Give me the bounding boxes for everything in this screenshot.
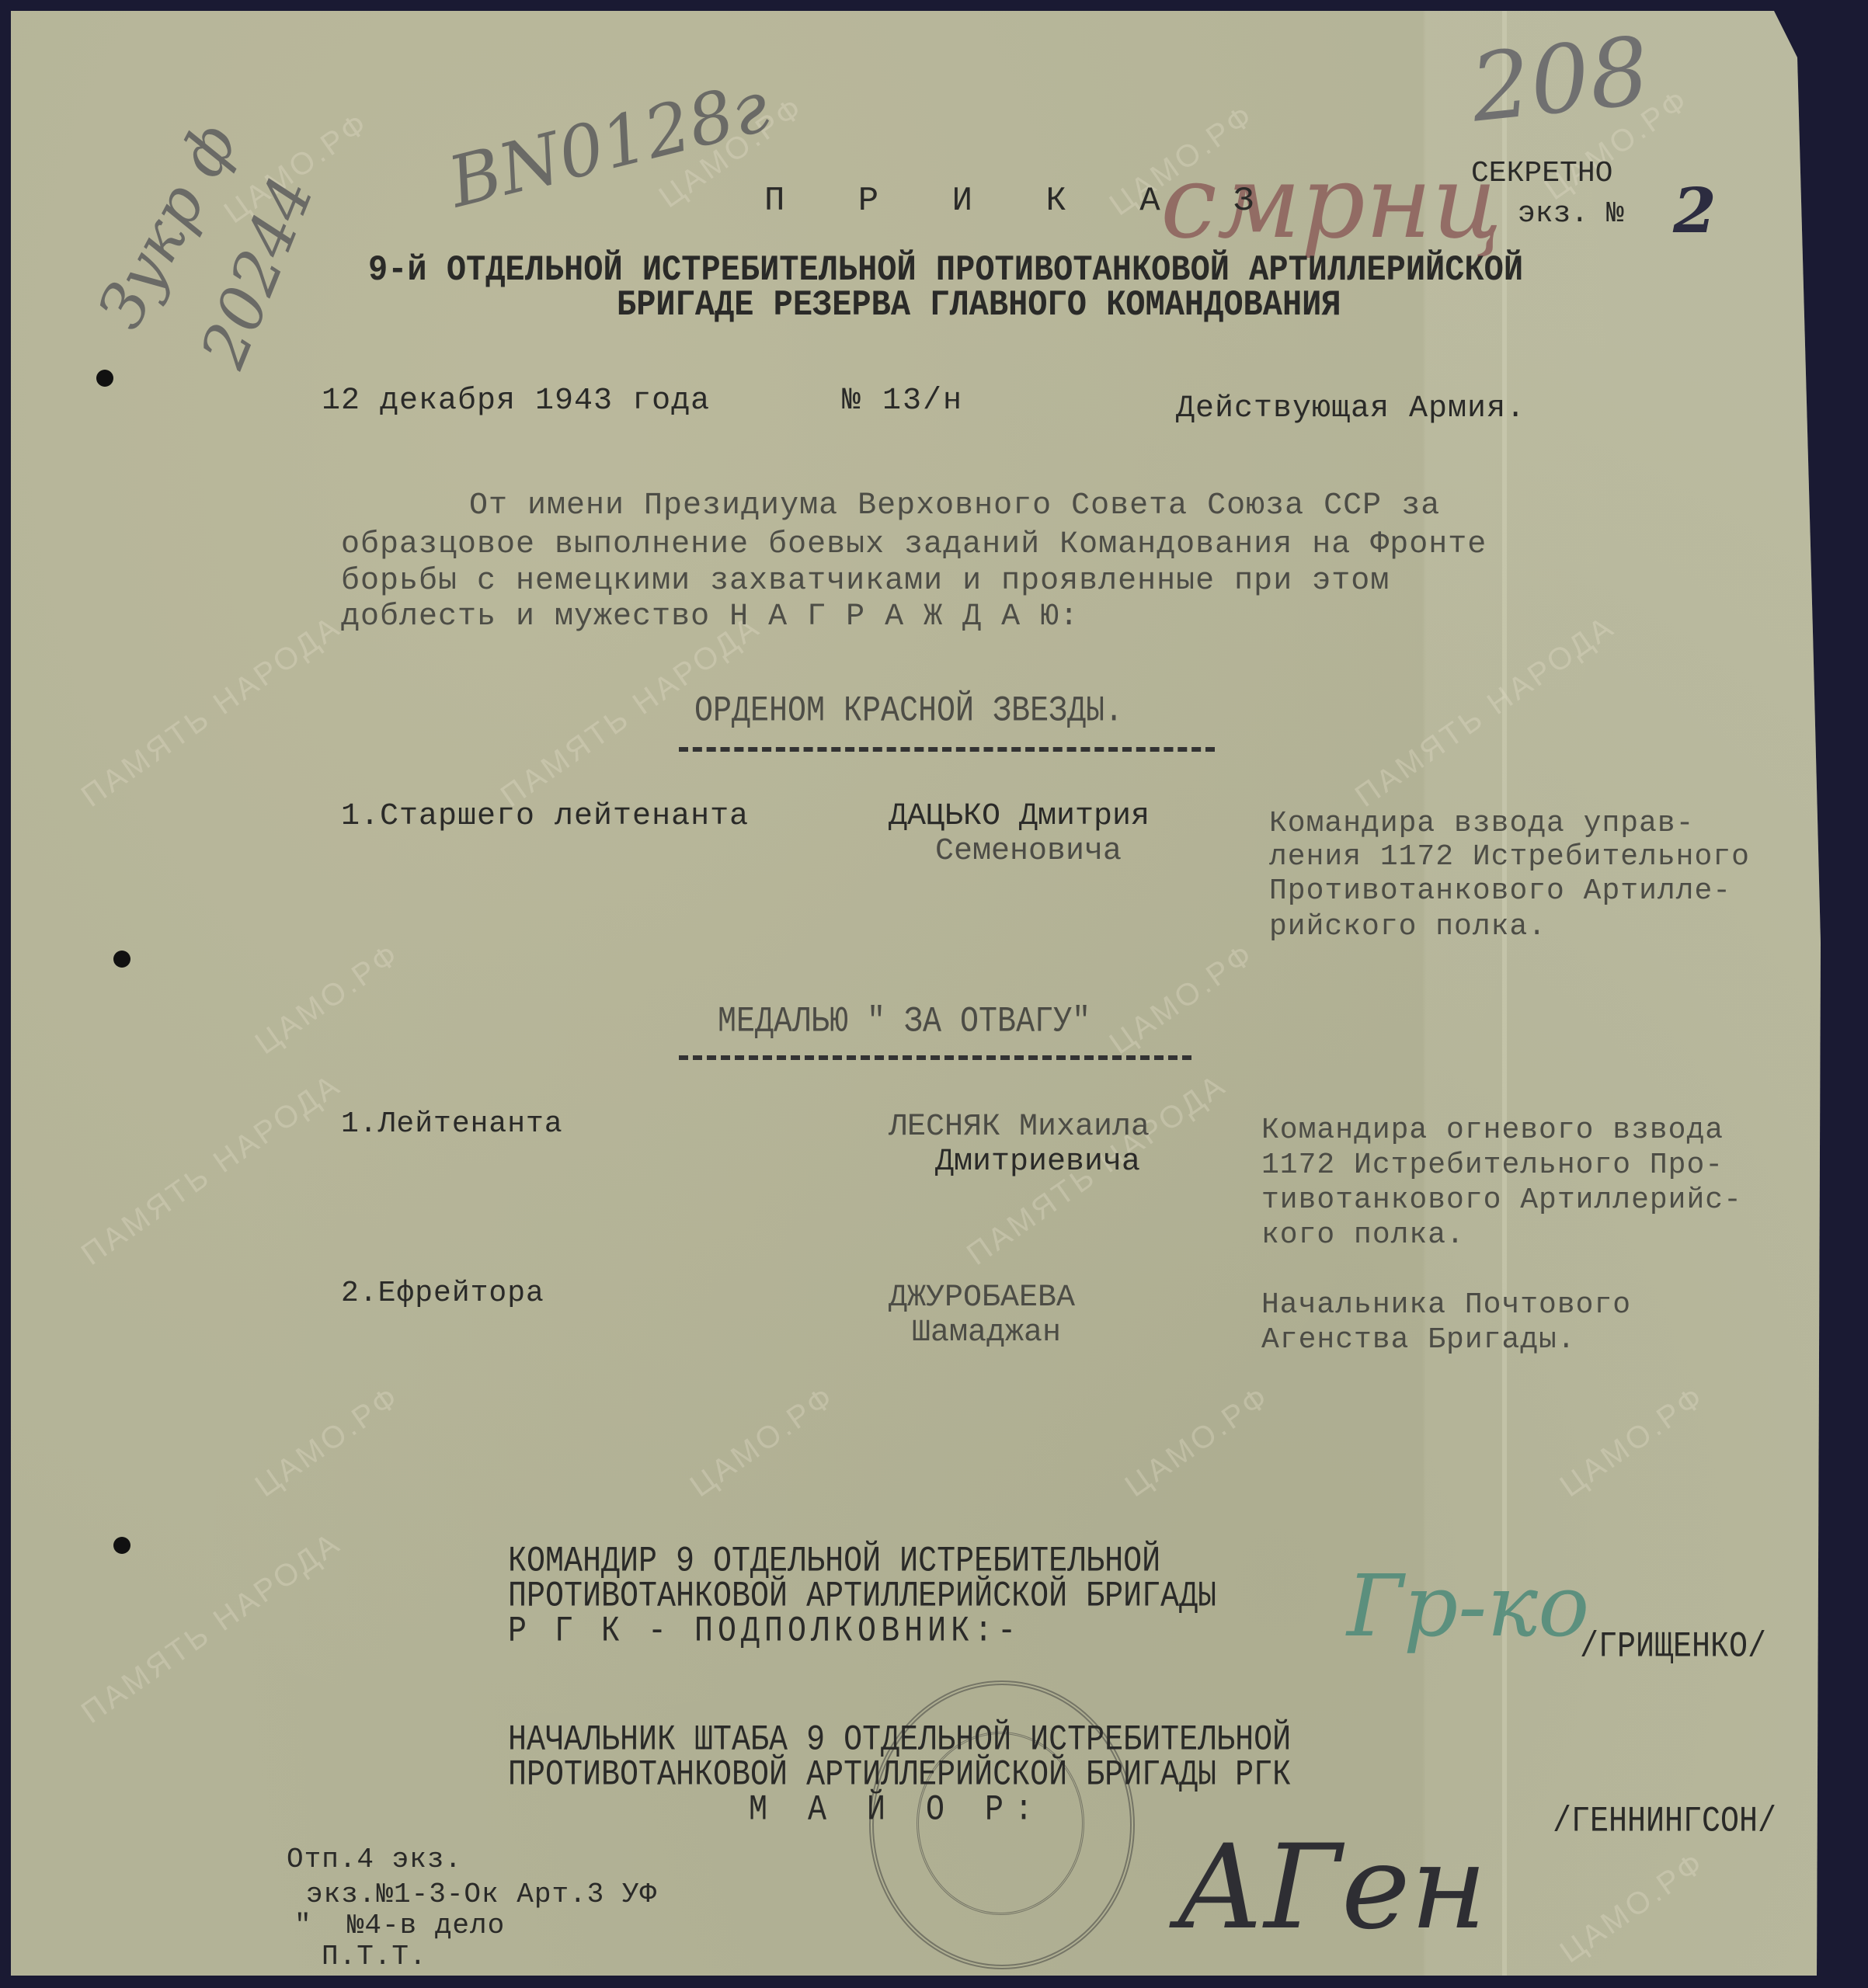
- distribution-line: П.Т.Т.: [322, 1941, 427, 1972]
- chief-title: М А Й О Р:: [749, 1791, 1044, 1831]
- chief-title: НАЧАЛЬНИК ШТАБА 9 ОТДЕЛЬНОЙ ИСТРЕБИТЕЛЬН…: [508, 1721, 1291, 1761]
- commander-signature: Гр-ко: [1347, 1556, 1589, 1656]
- entry-name: Семеновича: [935, 834, 1122, 869]
- entry-position: Командира огневого взвода: [1261, 1114, 1724, 1147]
- commander-name: /ГРИЩЕНКО/: [1580, 1628, 1766, 1668]
- watermark: ПАМЯТЬ НАРОДА: [1349, 609, 1622, 814]
- entry-position: рийского полка.: [1269, 910, 1546, 944]
- watermark: ЦАМО.РФ: [1104, 937, 1261, 1062]
- document-page: ЦАМО.РФ ЦАМО.РФ ЦАМО.РФ ЦАМО.РФ ПАМЯТЬ Н…: [11, 11, 1821, 1976]
- preamble-line: От имени Президиума Верховного Совета Со…: [469, 488, 1440, 523]
- entry-name: Дмитриевича: [935, 1145, 1140, 1180]
- copy-label: экз. №: [1518, 197, 1624, 231]
- watermark: ПАМЯТЬ НАРОДА: [75, 609, 348, 814]
- handwritten-note: BN0128г: [441, 66, 777, 224]
- watermark: ПАМЯТЬ НАРОДА: [75, 1067, 348, 1272]
- entry-name: ДАЦЬКО Дмитрия: [889, 799, 1150, 834]
- entry-rank: 1.Старшего лейтенанта: [341, 799, 749, 834]
- preamble-line: борьбы с немецкими захватчиками и проявл…: [341, 564, 1390, 599]
- doc-title: П Р И К А З: [764, 182, 1280, 221]
- divider: [679, 1055, 1191, 1060]
- punch-hole: [113, 1537, 130, 1554]
- entry-name: ДЖУРОБАЕВА: [889, 1281, 1075, 1315]
- commander-title: Р Г К - ПОДПОЛКОВНИК:-: [508, 1612, 1021, 1653]
- watermark: ЦАМО.РФ: [249, 937, 407, 1062]
- location: Действующая Армия.: [1176, 391, 1525, 426]
- watermark: ЦАМО.РФ: [249, 1379, 407, 1504]
- entry-position: Командира взвода управ-: [1269, 807, 1695, 840]
- classification: СЕКРЕТНО: [1471, 157, 1612, 190]
- entry-position: 1172 Истребительного Про-: [1261, 1149, 1724, 1182]
- chief-title: ПРОТИВОТАНКОВОЙ АРТИЛЛЕРИЙСКОЙ БРИГАДЫ Р…: [508, 1756, 1291, 1796]
- punch-hole: [96, 370, 113, 387]
- watermark: ЦАМО.РФ: [1554, 1845, 1712, 1970]
- distribution-line: экз.№1-3-Ок Арт.3 УФ: [306, 1879, 657, 1910]
- entry-name: Шамаджан: [912, 1315, 1061, 1350]
- entry-position: Агенства Бригады.: [1261, 1323, 1576, 1357]
- divider: [679, 747, 1215, 752]
- entry-position: Противотанкового Артилле-: [1269, 874, 1731, 908]
- distribution-line: Отп.4 экз.: [287, 1844, 462, 1875]
- commander-title: КОМАНДИР 9 ОТДЕЛЬНОЙ ИСТРЕБИТЕЛЬНОЙ: [508, 1542, 1160, 1583]
- entry-position: тивотанкового Артиллерийс-: [1261, 1183, 1742, 1217]
- entry-position: Начальника Почтового: [1261, 1288, 1631, 1322]
- preamble-line: образцовое выполнение боевых заданий Ком…: [341, 527, 1487, 562]
- watermark: ПАМЯТЬ НАРОДА: [75, 1525, 348, 1730]
- commander-title: ПРОТИВОТАНКОВОЙ АРТИЛЛЕРИЙСКОЙ БРИГАДЫ: [508, 1577, 1216, 1618]
- order-date: 12 декабря 1943 года: [322, 384, 710, 419]
- entry-rank: 1.Лейтенанта: [341, 1107, 563, 1141]
- section-title: ОРДЕНОМ КРАСНОЙ ЗВЕЗДЫ.: [694, 692, 1123, 732]
- section-title: МЕДАЛЬЮ " ЗА ОТВАГУ": [718, 1003, 1091, 1043]
- distribution-line: " №4-в дело: [294, 1910, 505, 1941]
- punch-hole: [113, 951, 130, 968]
- copy-number: 2: [1673, 174, 1717, 247]
- chief-name: /ГЕННИНГСОН/: [1553, 1802, 1776, 1843]
- chief-signature: АГен: [1176, 1820, 1487, 1955]
- order-number: № 13/н: [842, 384, 963, 419]
- entry-name: ЛЕСНЯК Михаила: [889, 1110, 1150, 1145]
- watermark: ЦАМО.РФ: [1119, 1379, 1277, 1504]
- entry-rank: 2.Ефрейтора: [341, 1277, 544, 1310]
- page-number: 208: [1466, 17, 1654, 143]
- unit-name-line2: БРИГАДЕ РЕЗЕРВА ГЛАВНОГО КОМАНДОВАНИЯ: [617, 285, 1341, 326]
- preamble-line: доблесть и мужество Н А Г Р А Ж Д А Ю:: [341, 600, 1079, 634]
- watermark: ЦАМО.РФ: [684, 1379, 842, 1504]
- fold-line: [1502, 11, 1507, 1976]
- entry-position: кого полка.: [1261, 1218, 1465, 1252]
- entry-position: ления 1172 Истребительного: [1269, 840, 1750, 874]
- watermark: ЦАМО.РФ: [1554, 1379, 1712, 1504]
